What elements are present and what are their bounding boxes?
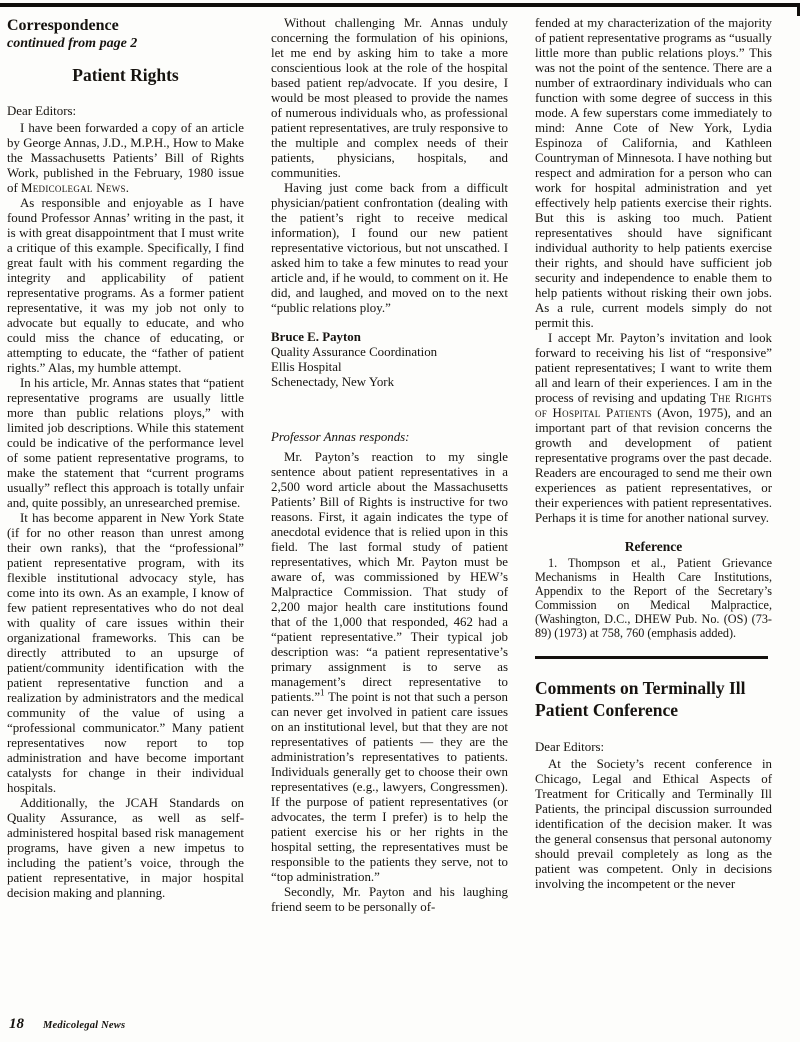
section-divider: [535, 656, 768, 659]
paragraph: Having just come back from a difficult p…: [271, 181, 508, 316]
text-run: et al.: [631, 556, 663, 570]
text-run: Mr. Payton’s reaction to my single sente…: [271, 450, 508, 674]
paragraph: I have been forwarded a copy of an artic…: [7, 121, 244, 196]
text-run: The point is: [325, 690, 394, 704]
page-number: 18: [9, 1016, 24, 1032]
paragraph: At the Society’s recent conference in Ch…: [535, 757, 772, 892]
salutation: Dear Editors:: [535, 740, 772, 755]
paragraph: It has become apparent in New York State…: [7, 511, 244, 796]
text-run: .: [126, 181, 129, 195]
page-footer: 18 Medicolegal News: [9, 1015, 125, 1033]
text-run: that such a person can never get involve…: [271, 690, 508, 884]
letter-title-patient-rights: Patient Rights: [7, 65, 244, 85]
text-run: ,: [663, 556, 677, 570]
text-run: fended at my characterization of the maj…: [535, 16, 772, 330]
text-run: In his article, Mr. Annas states that “p…: [7, 376, 244, 510]
journal-page: Correspondencecontinued from page 2Patie…: [0, 0, 800, 1042]
signature-line: Schenectady, New York: [271, 375, 508, 390]
paragraph: Without challenging Mr. Annas unduly con…: [271, 16, 508, 181]
signature-line: Ellis Hospital: [271, 360, 508, 375]
publication-name: Medicolegal News: [43, 1020, 125, 1031]
text-run: 1. Thompson: [548, 556, 631, 570]
text-run: It has become apparent in New York State…: [7, 511, 244, 795]
reference-heading: Reference: [535, 539, 772, 555]
column-1: Correspondencecontinued from page 2Patie…: [7, 16, 244, 915]
text-run: As responsible and enjoyable as I have f…: [7, 196, 244, 375]
section-label: Correspondence: [7, 16, 244, 35]
paragraph: As responsible and enjoyable as I have f…: [7, 196, 244, 376]
signature-block: Bruce E. PaytonQuality Assurance Coordin…: [271, 330, 508, 390]
reference-entry: 1. Thompson et al., Patient Grievance Me…: [535, 557, 772, 640]
column-3: fended at my characterization of the maj…: [535, 16, 772, 915]
text-run: Without challenging Mr. Annas unduly con…: [271, 16, 508, 180]
text-run: Secondly, Mr. Payton and his laughing fr…: [271, 885, 508, 914]
text-run: Medicolegal News: [21, 181, 126, 195]
paragraph-response: Mr. Payton’s reaction to my single sente…: [271, 450, 508, 885]
top-rule: [0, 3, 800, 7]
text-run: not: [394, 690, 410, 704]
letter-title-terminally-ill: Comments on Terminally Ill Patient Confe…: [535, 677, 772, 721]
column-2: Without challenging Mr. Annas unduly con…: [271, 16, 508, 915]
paragraph-response: Secondly, Mr. Payton and his laughing fr…: [271, 885, 508, 915]
continued-note: continued from page 2: [7, 35, 244, 52]
text-run: Having just come back from a difficult p…: [271, 181, 508, 315]
paragraph: In his article, Mr. Annas states that “p…: [7, 376, 244, 511]
response-label: Professor Annas responds:: [271, 430, 508, 445]
paragraph-response: fended at my characterization of the maj…: [535, 16, 772, 331]
signature-line: Quality Assurance Coordination: [271, 345, 508, 360]
text-run: Additionally, the JCAH Standards on Qual…: [7, 796, 244, 900]
content-columns: Correspondencecontinued from page 2Patie…: [0, 0, 800, 915]
text-run: (Avon, 1975), and an important part of t…: [535, 406, 772, 525]
paragraph-response: I accept Mr. Payton’s invitation and loo…: [535, 331, 772, 526]
paragraph: Additionally, the JCAH Standards on Qual…: [7, 796, 244, 901]
signature-line: Bruce E. Payton: [271, 330, 508, 345]
salutation: Dear Editors:: [7, 104, 244, 119]
